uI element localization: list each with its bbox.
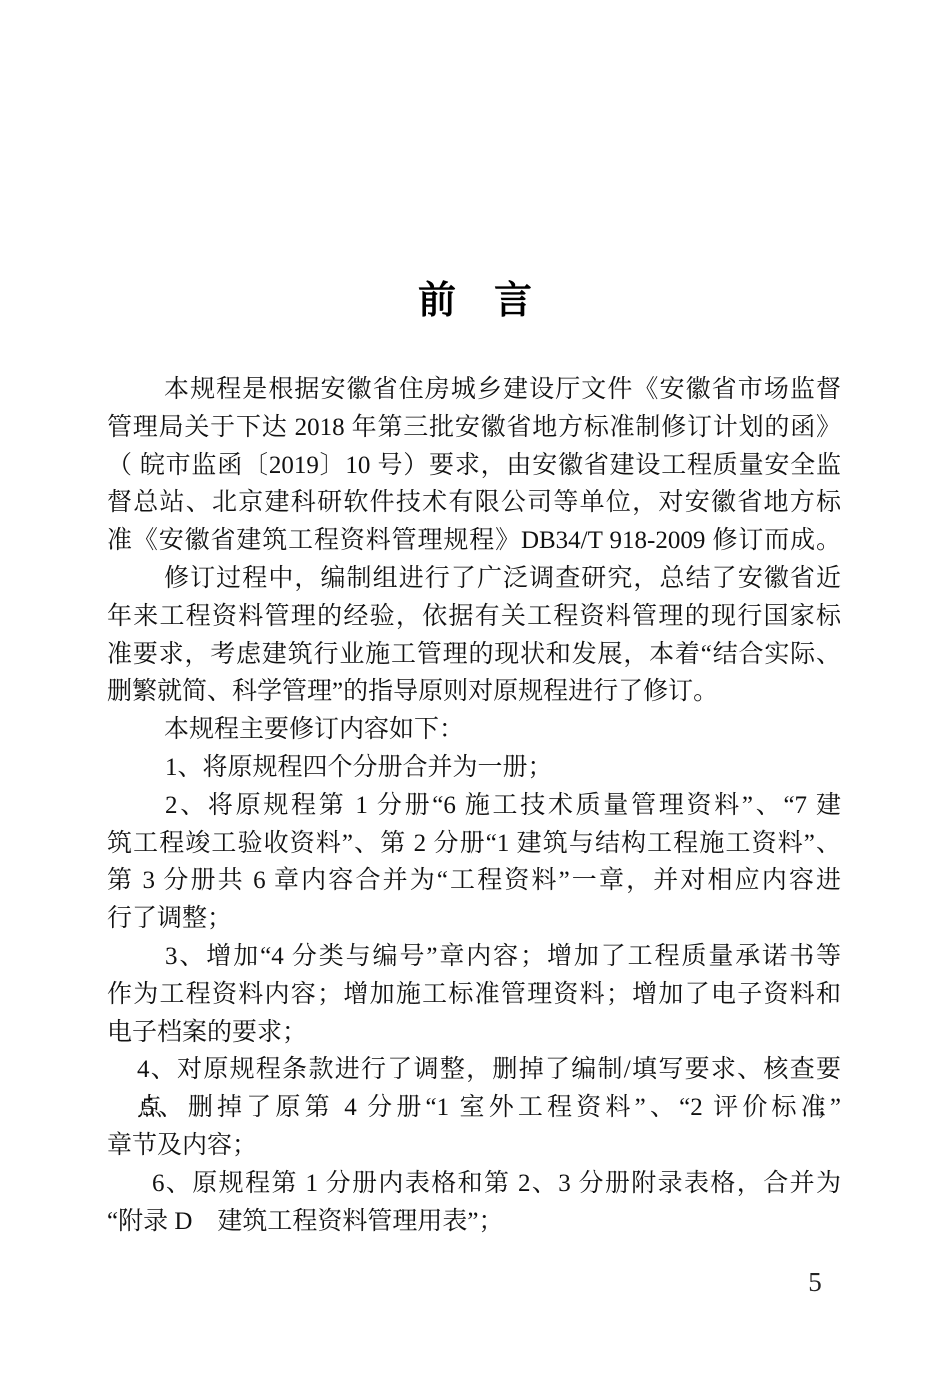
page-title: 前 言 <box>0 280 950 322</box>
text-line: 修订过程中，编制组进行了广泛调查研究，总结了安徽省近 <box>107 560 841 598</box>
text-line: 督总站、北京建科研软件技术有限公司等单位，对安徽省地方标 <box>107 484 841 522</box>
page-number: 5 <box>798 1264 832 1301</box>
text-line: 作为工程资料内容；增加施工标准管理资料；增加了电子资料和 <box>107 976 841 1014</box>
text-line: 筑工程竣工验收资料”、第 2 分册“1 建筑与结构工程施工资料”、 <box>107 825 841 863</box>
text-line: 6、原规程第 1 分册内表格和第 2、3 分册附录表格，合并为 <box>107 1165 841 1203</box>
text-line: 5、删掉了原第 4 分册“1 室外工程资料”、“2 评价标准” <box>107 1089 841 1127</box>
document-page: 前 言 本规程是根据安徽省住房城乡建设厅文件《安徽省市场监督管理局关于下达 20… <box>0 0 950 1378</box>
text-line: 管理局关于下达 2018 年第三批安徽省地方标准制修订计划的函》 <box>107 409 841 447</box>
text-line: 电子档案的要求； <box>107 1014 841 1052</box>
text-line: 本规程主要修订内容如下： <box>107 711 841 749</box>
text-line: 行了调整； <box>107 900 841 938</box>
text-line: 准要求，考虑建筑行业施工管理的现状和发展，本着“结合实际、 <box>107 636 841 674</box>
text-line: 第 3 分册共 6 章内容合并为“工程资料”一章，并对相应内容进 <box>107 862 841 900</box>
text-line: “附录 D 建筑工程资料管理用表”； <box>107 1203 841 1241</box>
text-line: 1、将原规程四个分册合并为一册； <box>107 749 841 787</box>
text-line: 3、增加“4 分类与编号”章内容；增加了工程质量承诺书等 <box>107 938 841 976</box>
text-line: 本规程是根据安徽省住房城乡建设厅文件《安徽省市场监督 <box>107 371 841 409</box>
text-line: 准《安徽省建筑工程资料管理规程》DB34/T 918-2009 修订而成。 <box>107 522 841 560</box>
body-text: 本规程是根据安徽省住房城乡建设厅文件《安徽省市场监督管理局关于下达 2018 年… <box>107 371 841 1240</box>
text-line: 年来工程资料管理的经验，依据有关工程资料管理的现行国家标 <box>107 598 841 636</box>
text-line: （ 皖市监函〔2019〕10 号）要求，由安徽省建设工程质量安全监 <box>107 447 841 485</box>
text-line: 4、对原规程条款进行了调整，删掉了编制/填写要求、核查要点； <box>107 1051 841 1089</box>
text-line: 2、将原规程第 1 分册“6 施工技术质量管理资料”、“7 建 <box>107 787 841 825</box>
text-line: 删繁就简、科学管理”的指导原则对原规程进行了修订。 <box>107 673 841 711</box>
text-line: 章节及内容； <box>107 1127 841 1165</box>
